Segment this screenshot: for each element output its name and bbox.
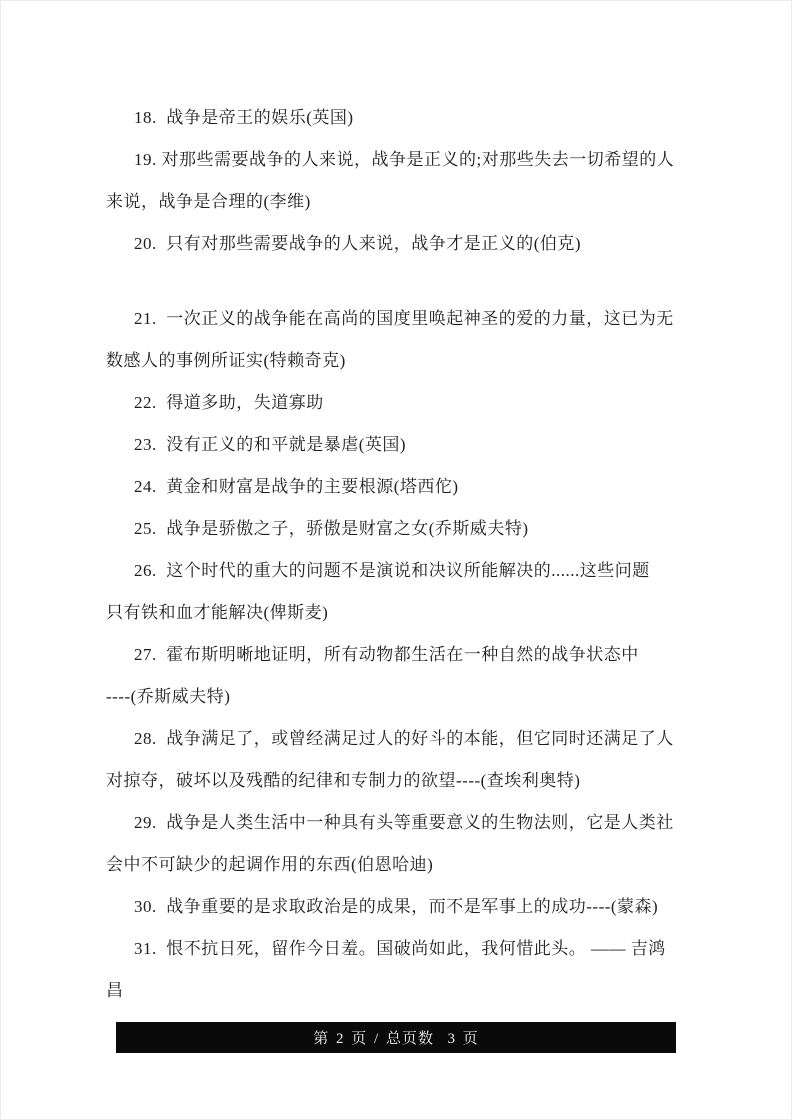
quote-line-26-cont: 只有铁和血才能解决(俾斯麦) xyxy=(106,592,692,634)
page-indicator: 第 2 页 / 总页数 3 页 xyxy=(313,1027,478,1048)
quote-line-28: 28. 战争满足了，或曾经满足过人的好斗的本能，但它同时还满足了人 xyxy=(106,718,692,760)
paragraph-gap xyxy=(106,265,692,298)
quote-line-21: 21. 一次正义的战争能在高尚的国度里唤起神圣的爱的力量，这已为无 xyxy=(106,298,692,340)
quote-line-19-cont: 来说，战争是合理的(李维) xyxy=(106,181,692,223)
quote-line-27-cont: ----(乔斯威夫特) xyxy=(106,676,692,718)
quote-line-26: 26. 这个时代的重大的问题不是演说和决议所能解决的......这些问题 xyxy=(106,550,692,592)
quote-line-21-cont: 数感人的事例所证实(特赖奇克) xyxy=(106,340,692,382)
document-page: 18. 战争是帝王的娱乐(英国)19. 对那些需要战争的人来说，战争是正义的;对… xyxy=(0,0,792,1120)
quote-line-18: 18. 战争是帝王的娱乐(英国) xyxy=(106,97,692,139)
quote-line-24: 24. 黄金和财富是战争的主要根源(塔西佗) xyxy=(106,466,692,508)
quote-line-29: 29. 战争是人类生活中一种具有头等重要意义的生物法则，它是人类社 xyxy=(106,802,692,844)
quote-line-25: 25. 战争是骄傲之子，骄傲是财富之女(乔斯威夫特) xyxy=(106,508,692,550)
quote-line-31-cont: 昌 xyxy=(106,970,692,1012)
quote-line-19: 19. 对那些需要战争的人来说，战争是正义的;对那些失去一切希望的人 xyxy=(106,139,692,181)
document-body: 18. 战争是帝王的娱乐(英国)19. 对那些需要战争的人来说，战争是正义的;对… xyxy=(106,97,692,1012)
page-footer-bar: 第 2 页 / 总页数 3 页 xyxy=(116,1022,676,1053)
quote-line-28-cont: 对掠夺，破坏以及残酷的纪律和专制力的欲望----(查埃利奥特) xyxy=(106,760,692,802)
quote-line-29-cont: 会中不可缺少的起调作用的东西(伯恩哈迪) xyxy=(106,844,692,886)
quote-line-23: 23. 没有正义的和平就是暴虐(英国) xyxy=(106,424,692,466)
quote-line-30: 30. 战争重要的是求取政治是的成果，而不是军事上的成功----(蒙森) xyxy=(106,886,692,928)
quote-line-27: 27. 霍布斯明晰地证明，所有动物都生活在一种自然的战争状态中 xyxy=(106,634,692,676)
quote-line-22: 22. 得道多助，失道寡助 xyxy=(106,382,692,424)
quote-line-20: 20. 只有对那些需要战争的人来说，战争才是正义的(伯克) xyxy=(106,223,692,265)
quote-line-31: 31. 恨不抗日死，留作今日羞。国破尚如此，我何惜此头。 —— 吉鸿 xyxy=(106,928,692,970)
